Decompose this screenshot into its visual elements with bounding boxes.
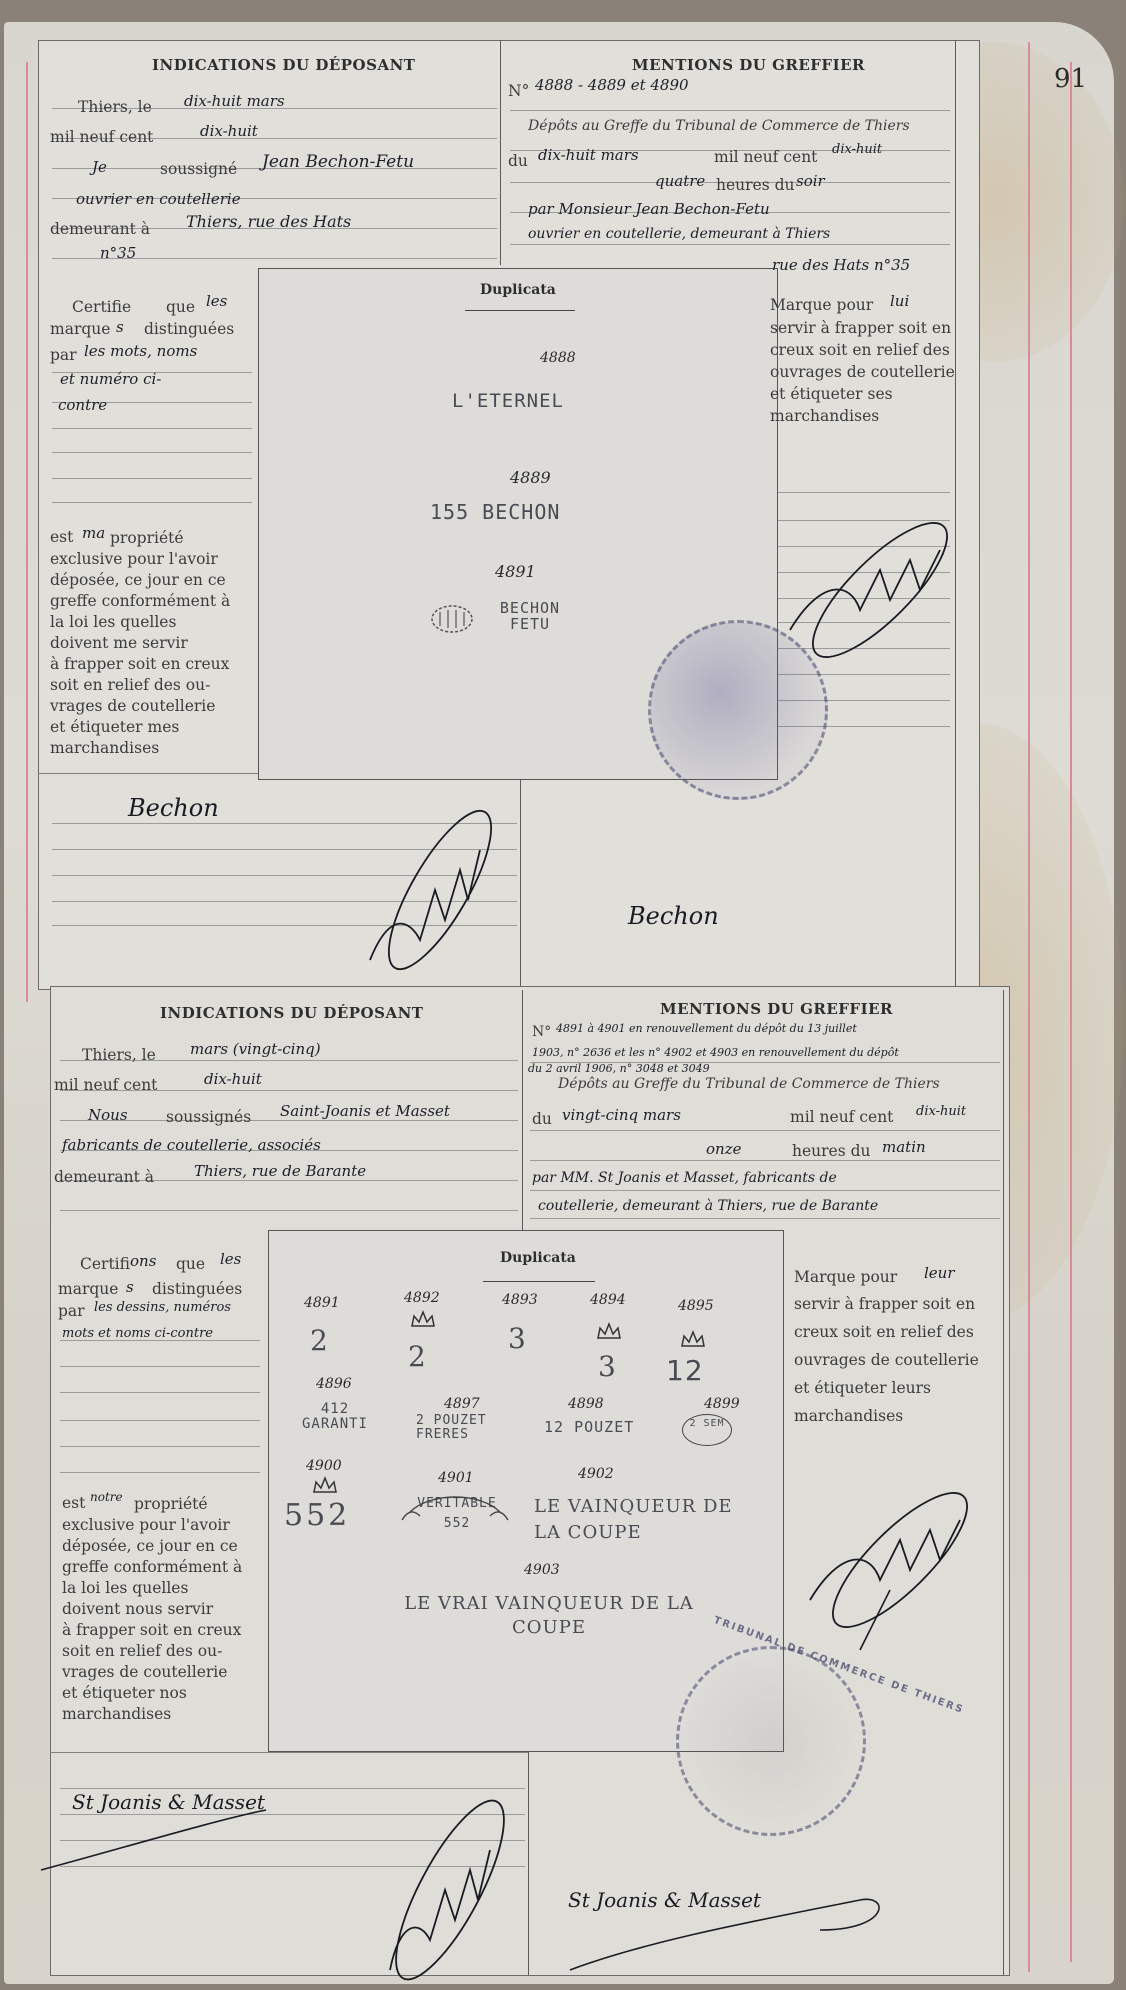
mark-stamp: L'ETERNEL: [452, 390, 564, 412]
mark-number: 4896: [316, 1376, 352, 1392]
legal-text: à frapper soit en creux: [62, 1620, 241, 1641]
margin-line: [1070, 62, 1072, 1962]
year-handwritten: dix-huit: [832, 142, 882, 157]
clerk-signature: [790, 1480, 990, 1660]
margin-line: [1028, 42, 1030, 1972]
legal-text: vrages de coutellerie: [62, 1662, 227, 1683]
mark-number: 4892: [404, 1290, 440, 1306]
legal-text: soit en relief des ou-: [62, 1641, 222, 1662]
period-handwritten: matin: [882, 1138, 926, 1156]
occupation-handwritten: ouvrier en coutellerie, demeurant à Thie…: [528, 226, 830, 242]
mark-number: 4894: [590, 1292, 626, 1308]
name-handwritten: Saint-Joanis et Masset: [280, 1102, 450, 1120]
crown-icon: [596, 1322, 622, 1340]
mark-stamp: LE VAINQUEUR DE LA COUPE: [534, 1494, 734, 1546]
year-label: mil neuf cent: [714, 148, 817, 166]
legal-text: la loi les quelles: [50, 612, 176, 633]
mark-number: 4898: [568, 1396, 604, 1412]
circle-logo-icon: [430, 604, 474, 634]
legal-text: propriété: [134, 1494, 208, 1515]
du-label: du: [532, 1110, 552, 1128]
marque-label: marque: [50, 320, 110, 338]
mark-stamp: 552: [284, 1498, 350, 1533]
marque-plural-handwritten: s: [126, 1278, 134, 1296]
marque-pour-handwritten: leur: [924, 1264, 955, 1282]
mark-number: 4888: [540, 350, 576, 366]
legal-text: la loi les quelles: [62, 1578, 188, 1599]
address-handwritten: Thiers, rue des Hats: [186, 212, 351, 231]
greffier-header: MENTIONS DU GREFFIER: [632, 56, 865, 74]
mark-number: 4895: [678, 1298, 714, 1314]
mark-stamp: BECHON FETU: [485, 600, 575, 632]
mark-stamp: 2 SEM: [682, 1414, 732, 1446]
mark-number: 4891: [304, 1295, 340, 1311]
crown-icon: [410, 1310, 436, 1328]
name-handwritten: Jean Bechon-Fetu: [262, 152, 414, 172]
depositor-handwritten: par Monsieur Jean Bechon-Fetu: [528, 200, 770, 218]
greffier-header: MENTIONS DU GREFFIER: [660, 1000, 893, 1018]
mark-stamp: 2: [310, 1324, 329, 1357]
registration-numbers: 4888 - 4889 et 4890: [535, 76, 689, 94]
pronoun-handwritten: Nous: [88, 1106, 128, 1124]
que-handwritten: les: [206, 292, 227, 310]
mark-number: 4891: [495, 562, 536, 581]
description-handwritten: mots et noms ci-contre: [62, 1326, 213, 1341]
demeurant-label: demeurant à: [54, 1168, 154, 1186]
depots-label: Dépôts au Greffe du Tribunal de Commerce…: [528, 118, 910, 134]
duplicata-title: Duplicata: [500, 1250, 576, 1266]
clerk-signature: [350, 1790, 530, 1990]
legal-text: ouvrages de coutellerie: [770, 362, 955, 383]
mark-stamp: LE VRAI VAINQUEUR DE LA COUPE: [404, 1592, 694, 1640]
signature-flourish: [560, 1880, 900, 1980]
column-divider: [520, 770, 521, 990]
legal-text: et étiqueter nos: [62, 1683, 187, 1704]
est-handwritten: notre: [90, 1490, 123, 1504]
mark-stamp: 412 GARANTI: [300, 1402, 370, 1432]
mark-number: 4902: [578, 1466, 614, 1482]
est-label: est: [50, 528, 73, 546]
crown-icon: [312, 1476, 338, 1494]
que-label: que: [176, 1255, 205, 1273]
legal-text: doivent me servir: [50, 633, 188, 654]
par-handwritten: les mots, noms: [84, 342, 197, 360]
column-divider: [500, 40, 501, 265]
legal-text: ouvrages de coutellerie: [794, 1350, 979, 1371]
legal-text: marchandises: [770, 406, 879, 427]
legal-text: greffe conformément à: [62, 1557, 242, 1578]
address-number-handwritten: n°35: [100, 244, 136, 262]
legal-text: exclusive pour l'avoir: [50, 549, 218, 570]
legal-text: marchandises: [50, 738, 159, 759]
que-label: que: [166, 298, 195, 316]
legal-text: doivent nous servir: [62, 1599, 213, 1620]
hour-handwritten: quatre: [655, 172, 705, 190]
mark-number: 4897: [444, 1396, 480, 1412]
year-handwritten: dix-huit: [916, 1104, 966, 1119]
legal-text: et étiqueter leurs: [794, 1378, 931, 1399]
certifie-label: Certifie: [72, 298, 131, 316]
court-seal: [676, 1646, 866, 1836]
heures-label: heures du: [792, 1142, 871, 1160]
year-handwritten: dix-huit: [200, 122, 258, 140]
mark-stamp: 12: [666, 1354, 704, 1387]
legal-text: et étiqueter ses: [770, 384, 893, 405]
column-divider: [955, 40, 956, 990]
description-handwritten: et numéro ci-: [60, 370, 161, 388]
description-handwritten: contre: [58, 396, 107, 414]
hour-handwritten: onze: [706, 1140, 741, 1158]
depots-label: Dépôts au Greffe du Tribunal de Commerce…: [558, 1076, 940, 1092]
registration-numbers: 4891 à 4901 en renouvellement du dépôt d…: [556, 1022, 857, 1035]
mark-number: 4889: [510, 468, 551, 487]
par-label: par: [58, 1302, 85, 1320]
mark-number: 4901: [438, 1470, 474, 1486]
du-label: du: [508, 152, 528, 170]
mark-number: 4893: [502, 1292, 538, 1308]
signature-flourish: [36, 1800, 276, 1880]
date-handwritten: dix-huit mars: [184, 92, 285, 110]
year-label: mil neuf cent: [50, 128, 153, 146]
occupation-handwritten: fabricants de coutellerie, associés: [62, 1136, 321, 1154]
legal-text: propriété: [110, 528, 184, 549]
legal-text: marchandises: [62, 1704, 171, 1725]
duplicata-title: Duplicata: [480, 282, 556, 298]
column-divider: [522, 990, 523, 1230]
address-handwritten: rue des Hats n°35: [772, 256, 910, 274]
certifie-handwritten: ons: [130, 1252, 156, 1270]
legal-text: creux soit en relief des: [794, 1322, 974, 1343]
depositor-handwritten: par MM. St Joanis et Masset, fabricants …: [532, 1170, 837, 1186]
year-handwritten: dix-huit: [204, 1070, 262, 1088]
deposant-header: INDICATIONS DU DÉPOSANT: [160, 1004, 423, 1022]
legal-text: déposée, ce jour en ce: [50, 570, 226, 591]
date-handwritten: mars (vingt-cinq): [190, 1040, 321, 1058]
soussigne-label: soussignés: [166, 1108, 251, 1126]
mark-stamp: 155 BECHON: [430, 500, 560, 524]
distinguees-label: distinguées: [152, 1280, 242, 1298]
mark-stamp: 3: [508, 1322, 527, 1355]
legal-text: vrages de coutellerie: [50, 696, 215, 717]
marque-pour-label: Marque pour: [770, 296, 873, 314]
occupation-handwritten: coutellerie, demeurant à Thiers, rue de …: [538, 1198, 878, 1214]
mark-stamp: 2: [408, 1340, 427, 1373]
column-divider: [1003, 990, 1004, 1975]
clerk-signature: [350, 810, 510, 990]
registration-numbers: 1903, n° 2636 et les n° 4902 et 4903 en …: [532, 1046, 899, 1059]
ribbon-banner-icon: [400, 1490, 510, 1530]
est-label: est: [62, 1494, 85, 1512]
par-label: par: [50, 346, 77, 364]
mark-number: 4900: [306, 1458, 342, 1474]
date-handwritten: dix-huit mars: [538, 146, 639, 164]
year-label: mil neuf cent: [54, 1076, 157, 1094]
marque-label: marque: [58, 1280, 118, 1298]
marque-plural-handwritten: s: [116, 318, 124, 336]
legal-text: à frapper soit en creux: [50, 654, 229, 675]
address-handwritten: Thiers, rue de Barante: [194, 1162, 366, 1180]
page-number: 91: [1054, 64, 1087, 94]
mark-stamp: 12 POUZET: [544, 1418, 634, 1436]
legal-text: servir à frapper soit en: [794, 1294, 975, 1315]
year-label: mil neuf cent: [790, 1108, 893, 1126]
legal-text: creux soit en relief des: [770, 340, 950, 361]
occupation-handwritten: ouvrier en coutellerie: [76, 190, 241, 208]
heures-label: heures du: [716, 176, 795, 194]
par-handwritten: les dessins, numéros: [94, 1300, 231, 1315]
distinguees-label: distinguées: [144, 320, 234, 338]
soussigne-label: soussigné: [160, 160, 237, 178]
legal-text: soit en relief des ou-: [50, 675, 210, 696]
marque-pour-label: Marque pour: [794, 1268, 897, 1286]
margin-line: [26, 62, 28, 1002]
marque-pour-handwritten: lui: [890, 292, 909, 310]
no-label: N°: [508, 82, 529, 100]
legal-text: exclusive pour l'avoir: [62, 1515, 230, 1536]
thiers-label: Thiers, le: [78, 98, 152, 116]
certifie-label: Certifi: [80, 1255, 130, 1273]
thiers-label: Thiers, le: [82, 1046, 156, 1064]
pronoun-handwritten: Je: [92, 158, 107, 176]
mark-stamp: 2 POUZET FRERES: [416, 1414, 506, 1442]
legal-text: déposée, ce jour en ce: [62, 1536, 238, 1557]
legal-text: et étiqueter mes: [50, 717, 179, 738]
deposant-signature: Bechon: [128, 794, 219, 822]
mark-stamp: 3: [598, 1350, 617, 1383]
crown-icon: [680, 1330, 706, 1348]
greffier-signature: Bechon: [628, 902, 719, 930]
est-handwritten: ma: [82, 524, 105, 542]
mark-number: 4903: [524, 1562, 560, 1578]
legal-text: servir à frapper soit en: [770, 318, 951, 339]
que-handwritten: les: [220, 1250, 241, 1268]
legal-text: greffe conformément à: [50, 591, 230, 612]
deposant-header: INDICATIONS DU DÉPOSANT: [152, 56, 415, 74]
demeurant-label: demeurant à: [50, 220, 150, 238]
clerk-signature: [770, 520, 970, 680]
date-handwritten: vingt-cinq mars: [562, 1106, 681, 1124]
registration-numbers: du 2 avril 1906, n° 3048 et 3049: [528, 1062, 710, 1075]
legal-text: marchandises: [794, 1406, 903, 1427]
period-handwritten: soir: [796, 172, 825, 190]
mark-number: 4899: [704, 1396, 740, 1412]
no-label: N°: [532, 1024, 551, 1040]
